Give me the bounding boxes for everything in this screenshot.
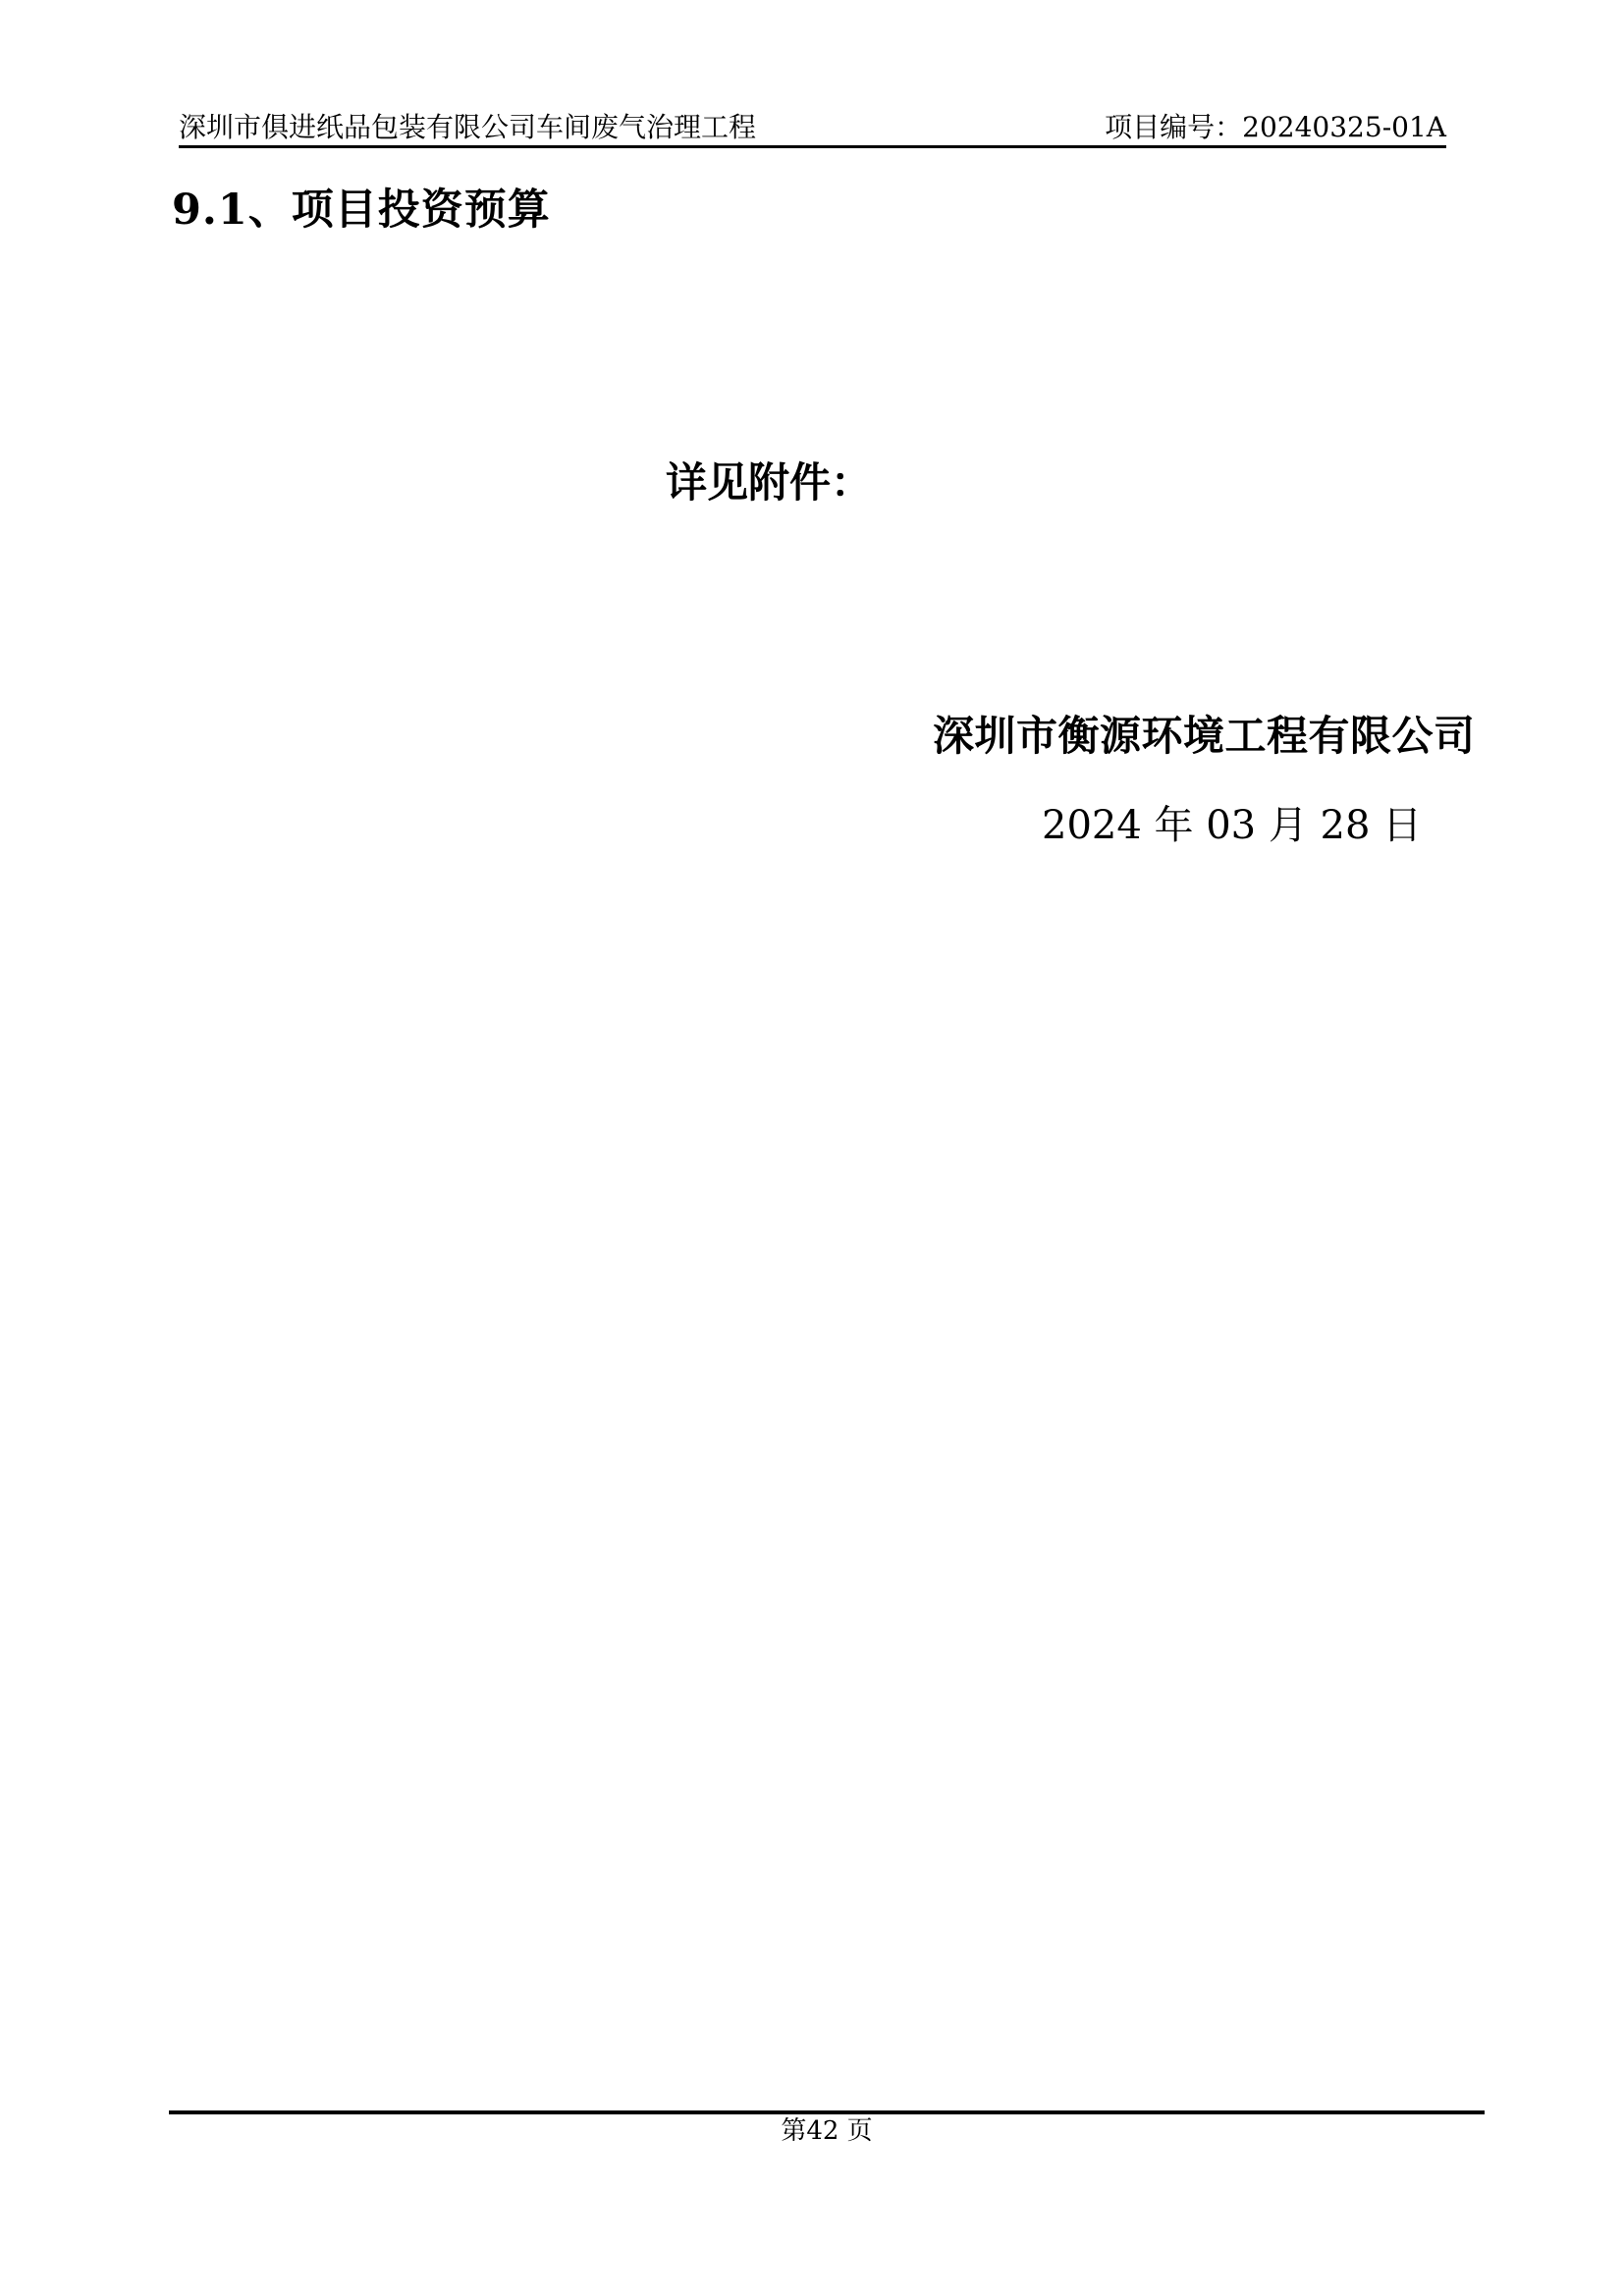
signature-date: 2024 年 03 月 28 日: [1042, 803, 1422, 848]
header-rule: [179, 145, 1446, 148]
document-page: 深圳市俱进纸品包装有限公司车间废气治理工程 项目编号：20240325-01A …: [0, 0, 1624, 2296]
page-number: 第42 页: [781, 2116, 872, 2146]
section-heading: 9.1、项目投资预算: [172, 187, 551, 235]
page-header: 深圳市俱进纸品包装有限公司车间废气治理工程 项目编号：20240325-01A: [179, 0, 1446, 143]
header-project-number: 项目编号：20240325-01A: [1105, 113, 1446, 143]
footer-rule: [169, 2110, 1485, 2114]
attachment-note: 详见附件：: [666, 459, 872, 507]
header-project-name: 深圳市俱进纸品包装有限公司车间废气治理工程: [179, 113, 756, 143]
signature-company-name: 深圳市衡源环境工程有限公司: [933, 713, 1476, 760]
page-footer: 第42 页: [169, 2116, 1485, 2147]
